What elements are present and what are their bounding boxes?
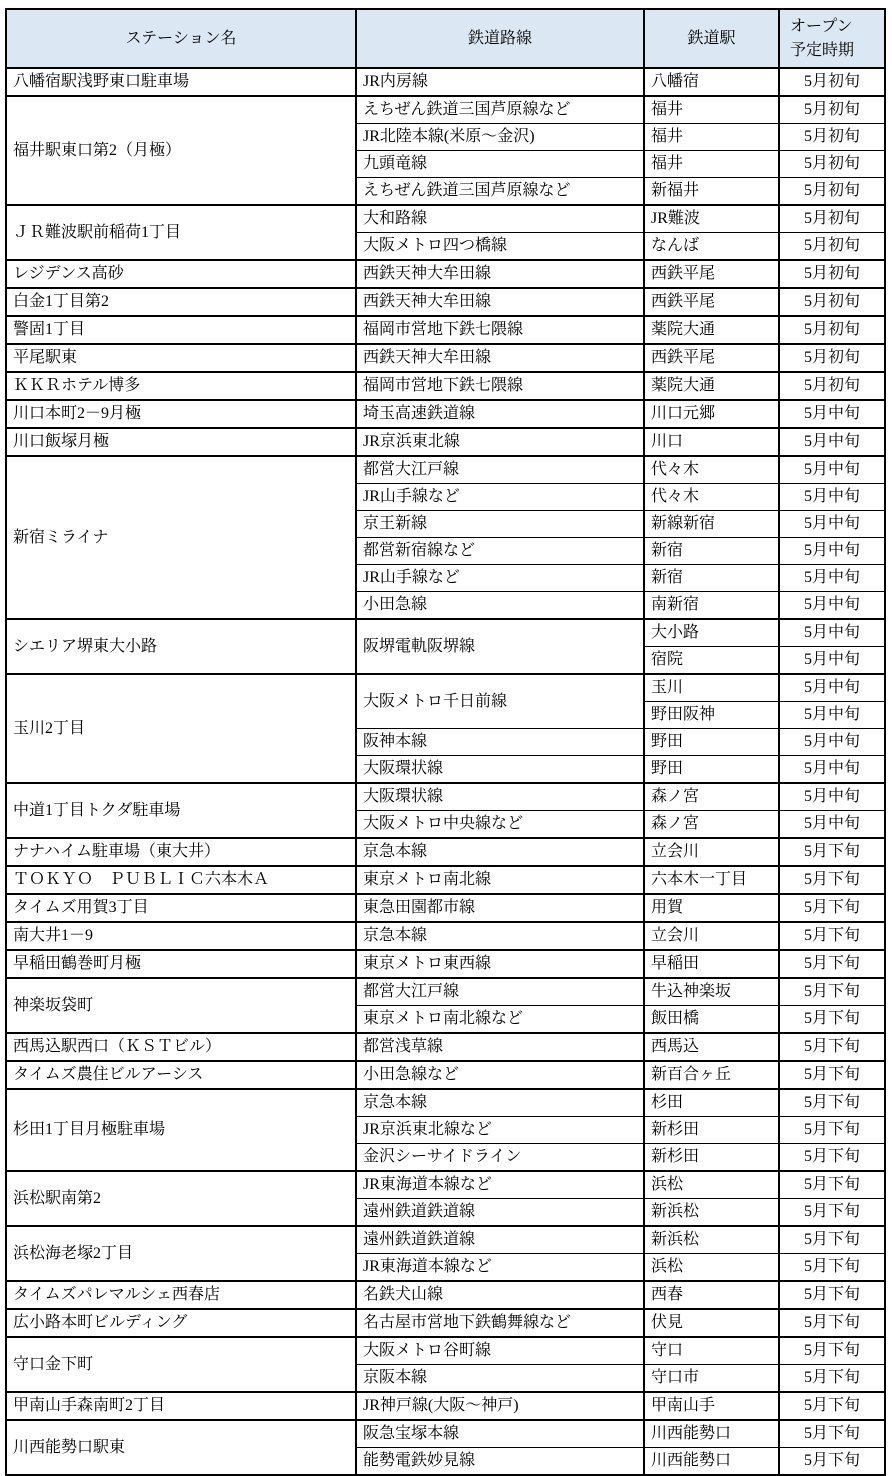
station-name-cell: タイムズ農住ビルアーシス — [6, 1061, 356, 1089]
open-period-cell: 5月初旬 — [779, 316, 885, 344]
open-period-cell: 5月中旬 — [779, 729, 885, 756]
rail-station-cell: 新線新宿 — [644, 511, 779, 538]
rail-line-cell: 名古屋市営地下鉄鶴舞線など — [356, 1309, 644, 1337]
rail-station-cell: 薬院大通 — [644, 316, 779, 344]
open-period-cell: 5月下旬 — [779, 1309, 885, 1337]
open-period-cell: 5月下旬 — [779, 1337, 885, 1365]
open-period-cell: 5月下旬 — [779, 838, 885, 866]
table-row: 南大井1－9京急本線立会川5月下旬 — [6, 922, 885, 950]
open-period-cell: 5月初旬 — [779, 178, 885, 206]
station-name-cell: ナナハイム駐車場（東大井） — [6, 838, 356, 866]
open-period-cell: 5月中旬 — [779, 511, 885, 538]
open-period-cell: 5月中旬 — [779, 674, 885, 702]
rail-line-cell: 遠州鉄道鉄道線 — [356, 1226, 644, 1254]
station-name-cell: 中道1丁目トクダ駐車場 — [6, 783, 356, 838]
table-row: 西馬込駅西口（ＫＳＴビル）都営浅草線西馬込5月下旬 — [6, 1033, 885, 1061]
table-row: ＪＲ難波駅前稲荷1丁目大和路線JR難波5月初旬 — [6, 205, 885, 233]
station-name-cell: 新宿ミライナ — [6, 456, 356, 619]
rail-station-cell: 新百合ヶ丘 — [644, 1061, 779, 1089]
rail-line-cell: 京阪本線 — [356, 1365, 644, 1393]
table-row: 浜松駅南第2JR東海道本線など浜松5月下旬 — [6, 1171, 885, 1199]
open-period-cell: 5月中旬 — [779, 428, 885, 456]
station-name-cell: 甲南山手森南町2丁目 — [6, 1392, 356, 1418]
station-openings-table-wrapper: ステーション名鉄道路線鉄道駅オープン予定時期 八幡宿駅浅野東口駐車場JR内房線八… — [5, 8, 886, 1418]
open-period-cell: 5月初旬 — [779, 288, 885, 316]
rail-station-cell: 宿院 — [644, 647, 779, 675]
rail-line-cell: 西鉄天神大牟田線 — [356, 260, 644, 288]
rail-line-cell: JR京浜東北線など — [356, 1117, 644, 1144]
rail-line-cell: 西鉄天神大牟田線 — [356, 344, 644, 372]
rail-station-cell: 立会川 — [644, 838, 779, 866]
station-name-cell: 神楽坂袋町 — [6, 978, 356, 1033]
rail-line-cell: 東京メトロ南北線など — [356, 1006, 644, 1034]
rail-line-cell: えちぜん鉄道三国芦原線など — [356, 96, 644, 124]
rail-line-cell: 都営大江戸線 — [356, 456, 644, 484]
column-header-2: 鉄道路線 — [356, 9, 644, 68]
open-period-cell: 5月下旬 — [779, 1144, 885, 1172]
station-name-cell: 川口本町2－9月極 — [6, 400, 356, 428]
open-period-cell: 5月中旬 — [779, 565, 885, 592]
open-period-cell: 5月中旬 — [779, 811, 885, 839]
table-body: 八幡宿駅浅野東口駐車場JR内房線八幡宿5月初旬福井駅東口第2（月極）えちぜん鉄道… — [6, 68, 885, 1418]
rail-line-cell: 大和路線 — [356, 205, 644, 233]
rail-line-cell: 大阪メトロ四つ橋線 — [356, 233, 644, 261]
open-period-cell: 5月中旬 — [779, 783, 885, 811]
table-row: 警固1丁目福岡市営地下鉄七隈線薬院大通5月初旬 — [6, 316, 885, 344]
open-period-cell: 5月中旬 — [779, 400, 885, 428]
table-row: 平尾駅東西鉄天神大牟田線西鉄平尾5月初旬 — [6, 344, 885, 372]
rail-station-cell: 飯田橋 — [644, 1006, 779, 1034]
column-header-3: 鉄道駅 — [644, 9, 779, 68]
table-row: ナナハイム駐車場（東大井）京急本線立会川5月下旬 — [6, 838, 885, 866]
open-period-cell: 5月下旬 — [779, 1089, 885, 1117]
open-period-cell: 5月初旬 — [779, 344, 885, 372]
rail-line-cell: JR東海道本線など — [356, 1254, 644, 1282]
rail-line-cell: 大阪環状線 — [356, 756, 644, 784]
station-name-cell: タイムズ用賀3丁目 — [6, 894, 356, 922]
station-openings-table: ステーション名鉄道路線鉄道駅オープン予定時期 八幡宿駅浅野東口駐車場JR内房線八… — [5, 8, 886, 1418]
rail-line-cell: 都営浅草線 — [356, 1033, 644, 1061]
rail-station-cell: 新杉田 — [644, 1117, 779, 1144]
column-header-4: オープン予定時期 — [779, 9, 885, 68]
open-period-cell: 5月初旬 — [779, 260, 885, 288]
rail-line-cell: 都営大江戸線 — [356, 978, 644, 1006]
rail-line-cell: 東京メトロ南北線 — [356, 866, 644, 894]
rail-station-cell: 八幡宿 — [644, 68, 779, 96]
table-row: 川口本町2－9月極埼玉高速鉄道線川口元郷5月中旬 — [6, 400, 885, 428]
rail-station-cell: 伏見 — [644, 1309, 779, 1337]
table-row: 早稲田鶴巻町月極東京メトロ東西線早稲田5月下旬 — [6, 950, 885, 978]
station-name-cell: 早稲田鶴巻町月極 — [6, 950, 356, 978]
rail-line-cell: 阪堺電軌阪堺線 — [356, 619, 644, 674]
rail-station-cell: 西馬込 — [644, 1033, 779, 1061]
table-row: 中道1丁目トクダ駐車場大阪環状線森ノ宮5月中旬 — [6, 783, 885, 811]
rail-line-cell: JR北陸本線(米原～金沢) — [356, 124, 644, 151]
station-name-cell: 浜松海老塚2丁目 — [6, 1226, 356, 1281]
rail-station-cell: 西鉄平尾 — [644, 288, 779, 316]
rail-station-cell: 新福井 — [644, 178, 779, 206]
open-period-cell: 5月下旬 — [779, 1226, 885, 1254]
station-name-cell: 杉田1丁目月極駐車場 — [6, 1089, 356, 1171]
rail-station-cell: JR難波 — [644, 205, 779, 233]
table-row: 新宿ミライナ都営大江戸線代々木5月中旬 — [6, 456, 885, 484]
rail-station-cell: 野田 — [644, 756, 779, 784]
rail-station-cell: 甲南山手 — [644, 1392, 779, 1418]
station-name-cell: シエリア堺東大小路 — [6, 619, 356, 674]
table-row: タイムズ農住ビルアーシス小田急線など新百合ヶ丘5月下旬 — [6, 1061, 885, 1089]
station-name-cell: 広小路本町ビルディング — [6, 1309, 356, 1337]
open-period-cell: 5月中旬 — [779, 756, 885, 784]
rail-line-cell: 大阪メトロ千日前線 — [356, 674, 644, 729]
station-name-cell: 南大井1－9 — [6, 922, 356, 950]
rail-station-cell: 森ノ宮 — [644, 783, 779, 811]
rail-line-cell: JR神戸線(大阪～神戸) — [356, 1392, 644, 1418]
open-period-cell: 5月初旬 — [779, 68, 885, 96]
table-row: 守口金下町大阪メトロ谷町線守口5月下旬 — [6, 1337, 885, 1365]
table-row: 神楽坂袋町都営大江戸線牛込神楽坂5月下旬 — [6, 978, 885, 1006]
rail-station-cell: 福井 — [644, 124, 779, 151]
station-name-cell: 玉川2丁目 — [6, 674, 356, 783]
open-period-cell: 5月下旬 — [779, 1171, 885, 1199]
rail-line-cell: えちぜん鉄道三国芦原線など — [356, 178, 644, 206]
open-period-cell: 5月下旬 — [779, 1281, 885, 1309]
rail-station-cell: 南新宿 — [644, 592, 779, 620]
table-row: 広小路本町ビルディング名古屋市営地下鉄鶴舞線など伏見5月下旬 — [6, 1309, 885, 1337]
table-row: 川口飯塚月極JR京浜東北線川口5月中旬 — [6, 428, 885, 456]
open-period-cell: 5月中旬 — [779, 456, 885, 484]
rail-line-cell: 小田急線 — [356, 592, 644, 620]
open-period-cell: 5月下旬 — [779, 922, 885, 950]
open-period-cell: 5月下旬 — [779, 1117, 885, 1144]
rail-station-cell: 大小路 — [644, 619, 779, 647]
rail-line-cell: 京急本線 — [356, 838, 644, 866]
rail-station-cell: 西春 — [644, 1281, 779, 1309]
open-period-cell: 5月中旬 — [779, 538, 885, 565]
station-name-cell: 福井駅東口第2（月極） — [6, 96, 356, 205]
open-period-cell: 5月下旬 — [779, 978, 885, 1006]
table-row: タイムズパレマルシェ西春店名鉄犬山線西春5月下旬 — [6, 1281, 885, 1309]
open-period-cell: 5月中旬 — [779, 484, 885, 511]
rail-line-cell: 金沢シーサイドライン — [356, 1144, 644, 1172]
rail-station-cell: 森ノ宮 — [644, 811, 779, 839]
open-period-cell: 5月初旬 — [779, 205, 885, 233]
open-period-cell: 5月初旬 — [779, 151, 885, 178]
column-header-1: ステーション名 — [6, 9, 356, 68]
rail-station-cell: 六本木一丁目 — [644, 866, 779, 894]
rail-station-cell: 代々木 — [644, 456, 779, 484]
open-period-cell: 5月下旬 — [779, 1199, 885, 1227]
table-row: 甲南山手森南町2丁目JR神戸線(大阪～神戸)甲南山手5月下旬 — [6, 1392, 885, 1418]
rail-line-cell: 小田急線など — [356, 1061, 644, 1089]
rail-line-cell: 東急田園都市線 — [356, 894, 644, 922]
rail-station-cell: 新宿 — [644, 538, 779, 565]
open-period-cell: 5月下旬 — [779, 1365, 885, 1393]
rail-line-cell: 大阪メトロ谷町線 — [356, 1337, 644, 1365]
station-name-cell: レジデンス高砂 — [6, 260, 356, 288]
rail-line-cell: 大阪環状線 — [356, 783, 644, 811]
rail-station-cell: 新杉田 — [644, 1144, 779, 1172]
table-row: 八幡宿駅浅野東口駐車場JR内房線八幡宿5月初旬 — [6, 68, 885, 96]
rail-line-cell: 京王新線 — [356, 511, 644, 538]
station-name-cell: 平尾駅東 — [6, 344, 356, 372]
open-period-cell: 5月中旬 — [779, 647, 885, 675]
rail-line-cell: 遠州鉄道鉄道線 — [356, 1199, 644, 1227]
rail-station-cell: 薬院大通 — [644, 372, 779, 400]
rail-line-cell: JR京浜東北線 — [356, 428, 644, 456]
rail-line-cell: JR山手線など — [356, 484, 644, 511]
table-row: 杉田1丁目月極駐車場京急本線杉田5月下旬 — [6, 1089, 885, 1117]
rail-station-cell: 西鉄平尾 — [644, 344, 779, 372]
table-row: 玉川2丁目大阪メトロ千日前線玉川5月中旬 — [6, 674, 885, 702]
open-period-cell: 5月中旬 — [779, 619, 885, 647]
station-name-cell: 浜松駅南第2 — [6, 1171, 356, 1226]
rail-station-cell: 西鉄平尾 — [644, 260, 779, 288]
rail-station-cell: 代々木 — [644, 484, 779, 511]
rail-line-cell: JR内房線 — [356, 68, 644, 96]
rail-line-cell: JR山手線など — [356, 565, 644, 592]
rail-station-cell: 守口市 — [644, 1365, 779, 1393]
rail-station-cell: 新浜松 — [644, 1199, 779, 1227]
rail-line-cell: 京急本線 — [356, 922, 644, 950]
open-period-cell: 5月下旬 — [779, 1392, 885, 1418]
rail-station-cell: なんば — [644, 233, 779, 261]
rail-station-cell: 新宿 — [644, 565, 779, 592]
station-name-cell: ＴＯＫＹＯ ＰＵＢＬＩＣ六本木Ａ — [6, 866, 356, 894]
rail-station-cell: 川口 — [644, 428, 779, 456]
station-name-cell: タイムズパレマルシェ西春店 — [6, 1281, 356, 1309]
rail-line-cell: 福岡市営地下鉄七隈線 — [356, 372, 644, 400]
open-period-cell: 5月下旬 — [779, 866, 885, 894]
open-period-cell: 5月下旬 — [779, 894, 885, 922]
station-name-cell: 西馬込駅西口（ＫＳＴビル） — [6, 1033, 356, 1061]
rail-line-cell: 福岡市営地下鉄七隈線 — [356, 316, 644, 344]
table-row: 福井駅東口第2（月極）えちぜん鉄道三国芦原線など福井5月初旬 — [6, 96, 885, 124]
rail-station-cell: 牛込神楽坂 — [644, 978, 779, 1006]
rail-line-cell: 大阪メトロ中央線など — [356, 811, 644, 839]
rail-line-cell: 都営新宿線など — [356, 538, 644, 565]
open-period-cell: 5月初旬 — [779, 96, 885, 124]
station-name-cell: 警固1丁目 — [6, 316, 356, 344]
table-row: タイムズ用賀3丁目東急田園都市線用賀5月下旬 — [6, 894, 885, 922]
rail-station-cell: 玉川 — [644, 674, 779, 702]
rail-station-cell: 野田阪神 — [644, 702, 779, 729]
rail-line-cell: 西鉄天神大牟田線 — [356, 288, 644, 316]
rail-line-cell: 埼玉高速鉄道線 — [356, 400, 644, 428]
rail-station-cell: 浜松 — [644, 1254, 779, 1282]
station-name-cell: ＫＫＲホテル博多 — [6, 372, 356, 400]
rail-station-cell: 用賀 — [644, 894, 779, 922]
open-period-cell: 5月下旬 — [779, 1061, 885, 1089]
rail-station-cell: 杉田 — [644, 1089, 779, 1117]
header-row: ステーション名鉄道路線鉄道駅オープン予定時期 — [6, 9, 885, 68]
open-period-cell: 5月初旬 — [779, 372, 885, 400]
rail-line-cell: JR東海道本線など — [356, 1171, 644, 1199]
open-period-cell: 5月初旬 — [779, 233, 885, 261]
rail-station-cell: 立会川 — [644, 922, 779, 950]
rail-station-cell: 福井 — [644, 96, 779, 124]
open-period-cell: 5月下旬 — [779, 1254, 885, 1282]
rail-line-cell: 阪神本線 — [356, 729, 644, 756]
table-row: 白金1丁目第2西鉄天神大牟田線西鉄平尾5月初旬 — [6, 288, 885, 316]
open-period-cell: 5月中旬 — [779, 592, 885, 620]
rail-station-cell: 野田 — [644, 729, 779, 756]
rail-line-cell: 九頭竜線 — [356, 151, 644, 178]
rail-station-cell: 福井 — [644, 151, 779, 178]
rail-station-cell: 浜松 — [644, 1171, 779, 1199]
rail-station-cell: 早稲田 — [644, 950, 779, 978]
table-row: ＴＯＫＹＯ ＰＵＢＬＩＣ六本木Ａ東京メトロ南北線六本木一丁目5月下旬 — [6, 866, 885, 894]
station-name-cell: 白金1丁目第2 — [6, 288, 356, 316]
open-period-cell: 5月下旬 — [779, 1006, 885, 1034]
open-period-cell: 5月下旬 — [779, 1033, 885, 1061]
table-row: シエリア堺東大小路阪堺電軌阪堺線大小路5月中旬 — [6, 619, 885, 647]
table-row: ＫＫＲホテル博多福岡市営地下鉄七隈線薬院大通5月初旬 — [6, 372, 885, 400]
rail-station-cell: 新浜松 — [644, 1226, 779, 1254]
station-name-cell: 守口金下町 — [6, 1337, 356, 1392]
rail-station-cell: 川口元郷 — [644, 400, 779, 428]
open-period-cell: 5月下旬 — [779, 950, 885, 978]
open-period-cell: 5月初旬 — [779, 124, 885, 151]
rail-station-cell: 守口 — [644, 1337, 779, 1365]
station-name-cell: ＪＲ難波駅前稲荷1丁目 — [6, 205, 356, 260]
open-period-cell: 5月中旬 — [779, 702, 885, 729]
rail-line-cell: 東京メトロ東西線 — [356, 950, 644, 978]
rail-line-cell: 名鉄犬山線 — [356, 1281, 644, 1309]
table-row: レジデンス高砂西鉄天神大牟田線西鉄平尾5月初旬 — [6, 260, 885, 288]
station-name-cell: 八幡宿駅浅野東口駐車場 — [6, 68, 356, 96]
station-name-cell: 川口飯塚月極 — [6, 428, 356, 456]
table-row: 浜松海老塚2丁目遠州鉄道鉄道線新浜松5月下旬 — [6, 1226, 885, 1254]
rail-line-cell: 京急本線 — [356, 1089, 644, 1117]
table-header: ステーション名鉄道路線鉄道駅オープン予定時期 — [6, 9, 885, 68]
